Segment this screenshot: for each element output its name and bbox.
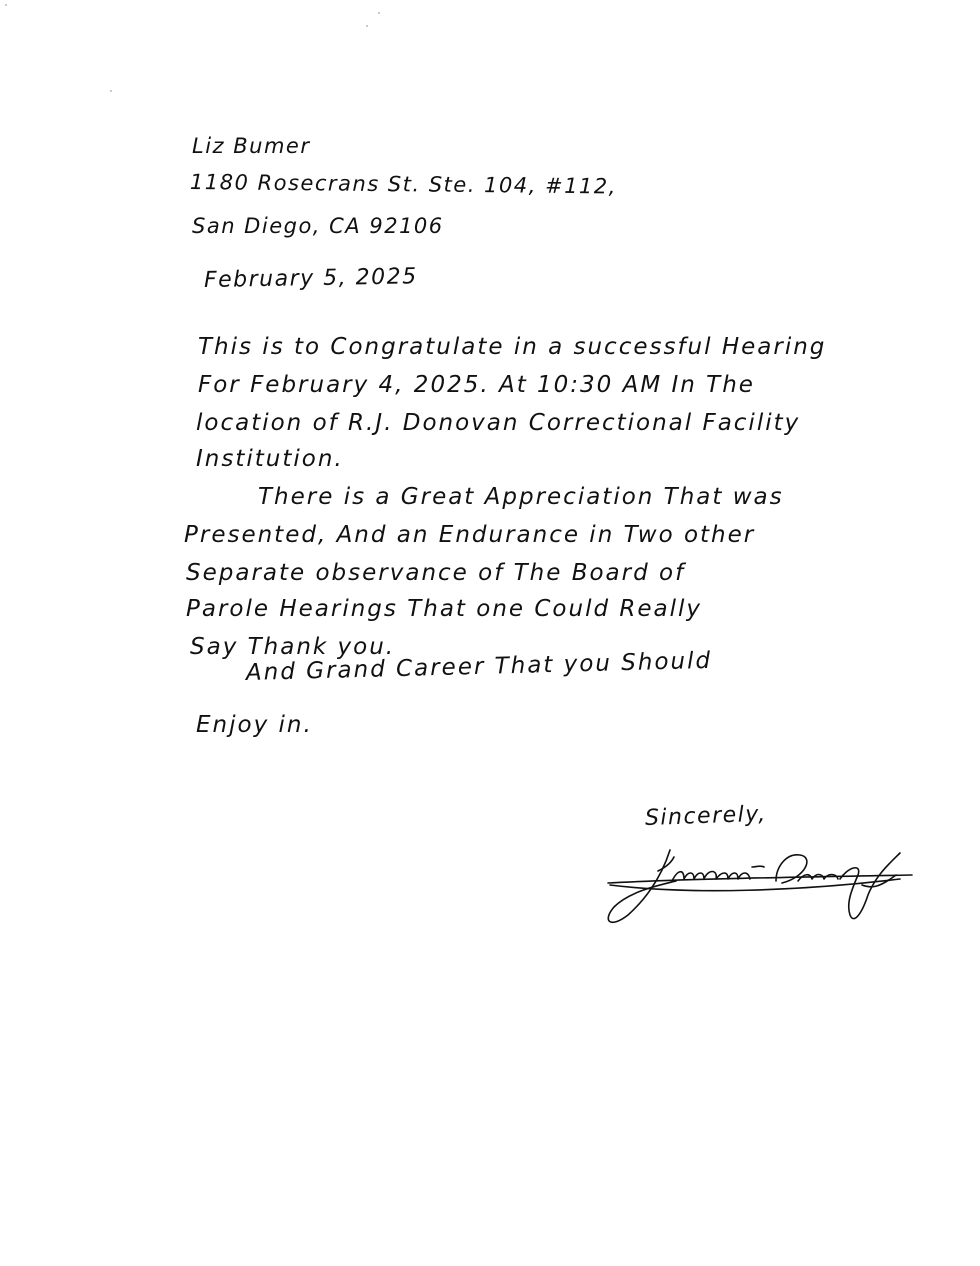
letter-page: Liz Bumer 1180 Rosecrans St. Ste. 104, #…	[0, 0, 980, 1266]
recipient-name: Liz Bumer	[192, 134, 310, 158]
paragraph-line: Enjoy in.	[196, 712, 313, 738]
paragraph-line: Separate observance of The Board of	[186, 560, 685, 586]
signature-scribble	[600, 845, 920, 935]
letter-date: February 5, 2025	[204, 264, 418, 293]
paragraph-line: Parole Hearings That one Could Really	[186, 596, 702, 622]
paragraph-line: This is to Congratulate in a successful …	[198, 334, 826, 360]
paragraph-line: Presented, And an Endurance in Two other	[184, 522, 755, 548]
scan-speck	[366, 25, 368, 27]
recipient-address-line-1: 1180 Rosecrans St. Ste. 104, #112,	[190, 170, 617, 198]
recipient-address-line-2: San Diego, CA 92106	[192, 214, 444, 238]
paragraph-line: location of R.J. Donovan Correctional Fa…	[196, 410, 800, 436]
scan-speck	[5, 4, 7, 6]
paragraph-line: For February 4, 2025. At 10:30 AM In The	[198, 372, 755, 398]
scan-speck	[110, 90, 112, 92]
closing-text: Sincerely,	[645, 802, 767, 831]
scan-speck	[378, 12, 380, 14]
paragraph-line: Institution.	[196, 446, 344, 472]
paragraph-line: There is a Great Appreciation That was	[258, 484, 784, 510]
